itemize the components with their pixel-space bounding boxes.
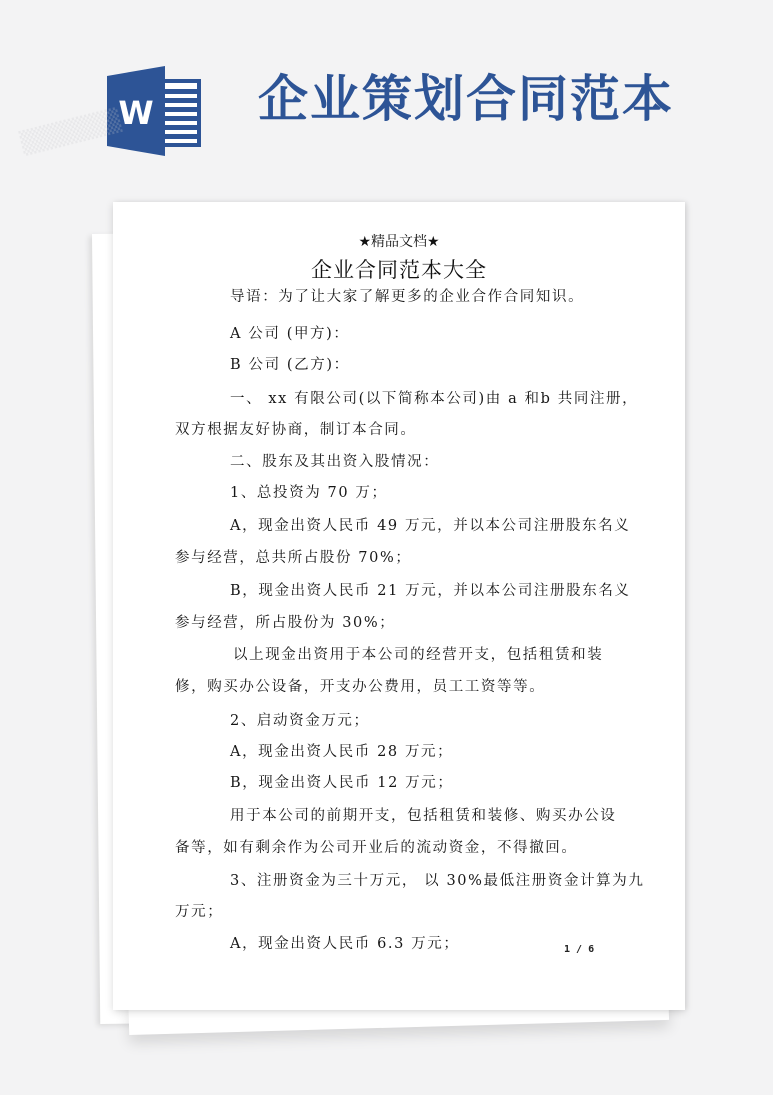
svg-text:W: W [118,94,153,132]
usage-line-2: 修，购买办公设备，开支办公费用，员工工资等等。 [175,680,545,695]
intro-line: 导语：为了让大家了解更多的企业合作合同知识。 [230,290,584,305]
document-page: ★精品文档★ 企业合同范本大全 导语：为了让大家了解更多的企业合作合同知识。 A… [113,202,685,1010]
registered-capital-1: 3、注册资金为三十万元， 以 30%最低注册资金计算为九 [230,874,644,889]
registered-capital-2: 万元； [175,905,223,920]
party-b-investment-2: 参与经营，所占股份为 30%； [175,616,395,631]
usage-line-1: 以上现金出资用于本公司的经营开支，包括租赁和装 [233,648,603,663]
investment-total: 1、总投资为 70 万； [230,486,388,501]
party-a-line: A 公司 (甲方)： [230,327,350,342]
registered-capital-a: A，现金出资人民币 6.3 万元； [230,937,459,952]
page-number: 1 / 6 [564,944,594,955]
startup-fund-heading: 2、启动资金万元； [230,714,370,729]
document-title: 企业合同范本大全 [113,254,685,284]
party-b-line: B 公司 (乙方)： [230,358,350,373]
startup-usage-2: 备等，如有剩余作为公司开业后的流动资金，不得撤回。 [175,841,578,856]
party-a-investment-2: 参与经营，总共所占股份 70%； [175,551,411,566]
startup-usage-1: 用于本公司的前期开支，包括租赁和装修、购买办公设 [230,809,616,824]
clause-1-line-2: 双方根据友好协商，制订本合同。 [175,423,417,438]
startup-fund-b: B，现金出资人民币 12 万元； [230,776,453,791]
word-document-icon: W [105,64,203,158]
document-header: ★精品文档★ [113,231,685,251]
clause-2-heading: 二、股东及其出资入股情况： [230,455,439,470]
banner-title: 企业策划合同范本 [258,74,674,124]
startup-fund-a: A，现金出资人民币 28 万元； [230,745,453,760]
party-b-investment-1: B，现金出资人民币 21 万元，并以本公司注册股东名义 [230,584,631,599]
clause-1-line-1: 一、 xx 有限公司(以下简称本公司)由 a 和b 共同注册， [230,392,638,407]
party-a-investment-1: A，现金出资人民币 49 万元，并以本公司注册股东名义 [230,519,630,534]
